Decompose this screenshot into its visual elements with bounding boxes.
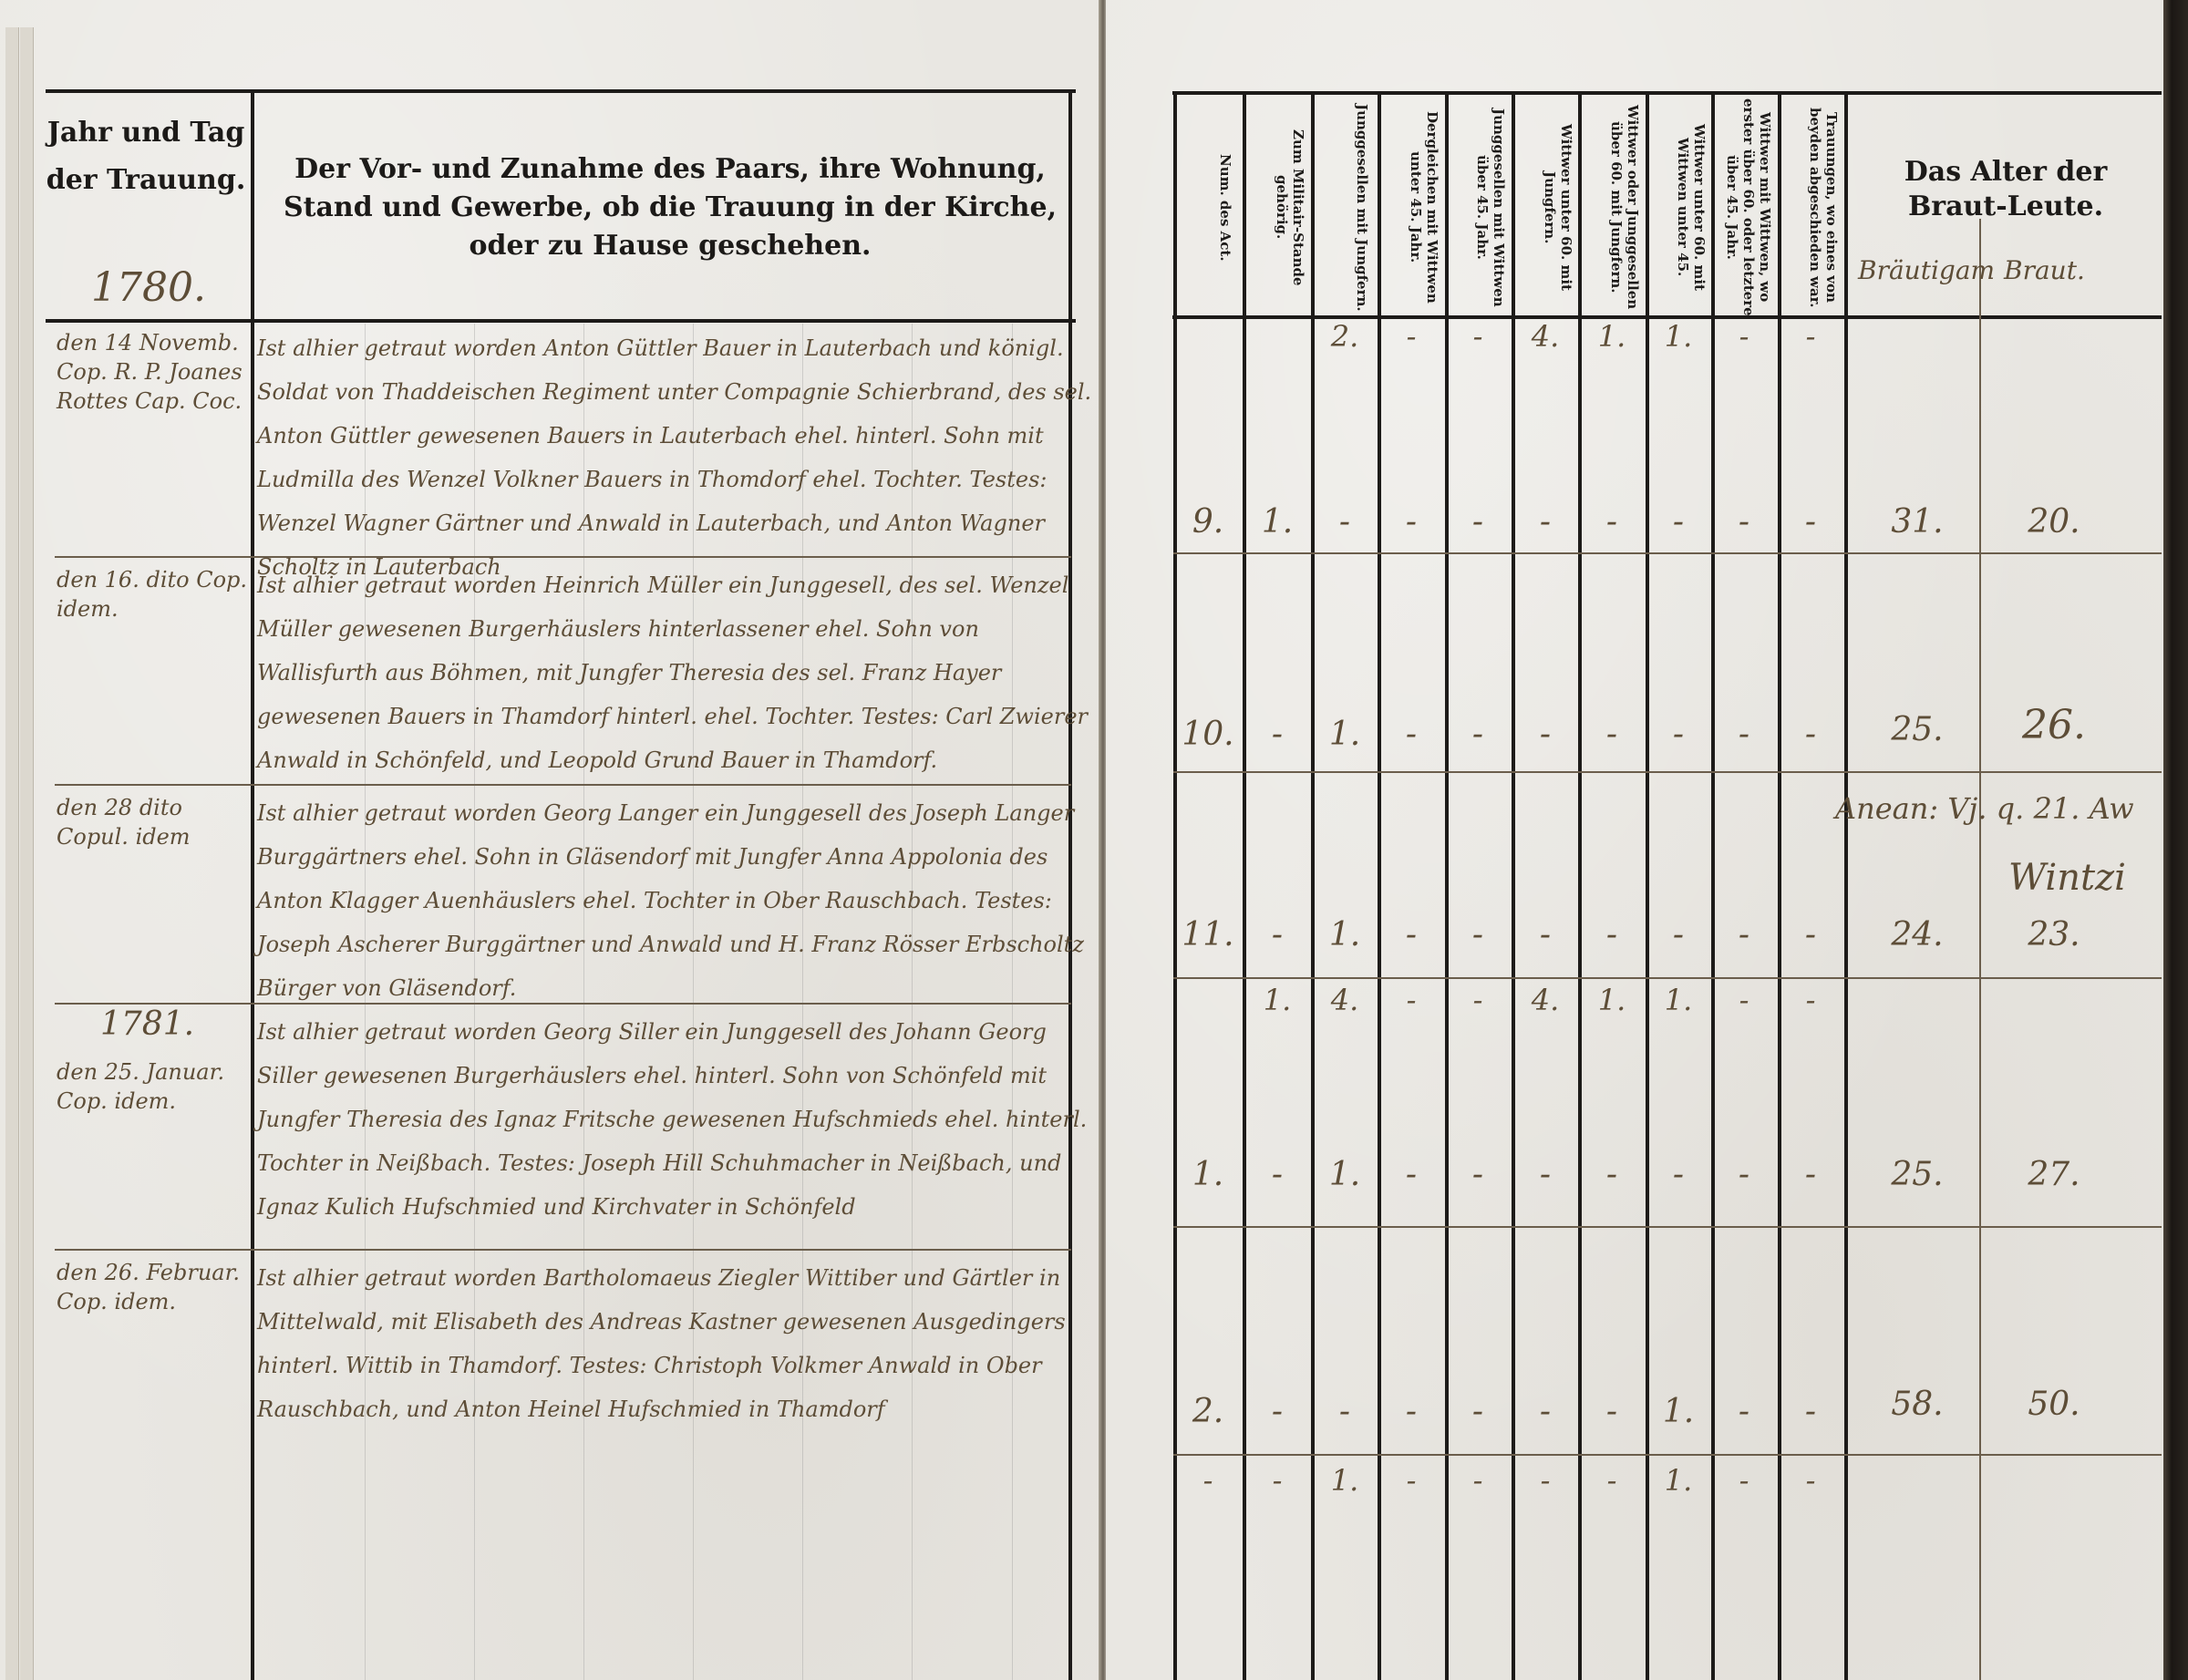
table-cell: - xyxy=(1717,1156,1771,1193)
table-cell: - xyxy=(1584,916,1639,953)
row-separator xyxy=(1173,1454,2162,1456)
subtotal-cell: - xyxy=(1783,983,1838,1017)
table-cell: - xyxy=(1783,916,1838,953)
table-cell: - xyxy=(1584,716,1639,753)
col-header-bachelor-maiden: Junggesellen mit Jungfern. xyxy=(1325,96,1370,319)
table-cell: - xyxy=(1384,716,1439,753)
year-label: 1780. xyxy=(91,264,206,311)
left-page: Jahr und Tag der Trauung. 1780. Der Vor-… xyxy=(0,0,1103,1680)
act-number: 11. xyxy=(1181,916,1235,953)
table-cell: - xyxy=(1717,1393,1771,1430)
subtotal-cell: - xyxy=(1384,983,1439,1017)
carry-cell: 4. xyxy=(1518,319,1573,354)
subtotal-cell: - xyxy=(1717,1463,1771,1498)
groom-subheader: Bräutigam xyxy=(1858,255,1995,285)
subtotal-cell: - xyxy=(1518,1463,1573,1498)
carry-cell: - xyxy=(1384,319,1439,354)
entry-text: Ist alhier getraut worden Georg Siller e… xyxy=(257,1010,1096,1229)
carry-cell: - xyxy=(1450,319,1505,354)
table-cell: - xyxy=(1384,503,1439,541)
page-edge xyxy=(20,27,34,1680)
table-cell: - xyxy=(1518,503,1573,541)
carry-cell: 1. xyxy=(1651,319,1706,354)
age-column-header: Das Alter der Braut-Leute. xyxy=(1851,155,2161,224)
row-separator xyxy=(1173,552,2162,554)
table-cell: - xyxy=(1518,716,1573,753)
entry-date: den 25. Januar. Cop. idem. xyxy=(57,1057,248,1116)
col-header-widow-under45: Dergleichen mit Wittwen unter 45. Jahr. xyxy=(1384,96,1440,319)
table-cell: - xyxy=(1783,1156,1838,1193)
column-rule xyxy=(1711,91,1715,1680)
carry-cell: 1. xyxy=(1584,319,1639,354)
signature: Wintzi xyxy=(2008,857,2126,899)
table-cell: 1. xyxy=(1317,916,1372,953)
table-cell: - xyxy=(1450,716,1505,753)
table-cell: - xyxy=(1450,1393,1505,1430)
bride-age: 50. xyxy=(2018,1386,2090,1423)
header-top-rule xyxy=(1172,91,2162,95)
right-page: Num. des Act. Zum Militair-Stande gehöri… xyxy=(1106,0,2163,1680)
groom-age: 25. xyxy=(1881,1156,1954,1193)
book-cover-edge xyxy=(2161,0,2188,1680)
act-number: 10. xyxy=(1181,716,1235,753)
subtotal-cell: - xyxy=(1181,1463,1235,1498)
table-cell: - xyxy=(1250,916,1305,953)
column-rule xyxy=(1311,91,1315,1680)
row-separator xyxy=(1173,977,2162,979)
entry-date: den 14 Novemb. Cop. R. P. Joanes Rottes … xyxy=(57,328,248,416)
table-cell: 1. xyxy=(1317,716,1372,753)
act-number: 2. xyxy=(1181,1393,1235,1430)
carry-cell: - xyxy=(1783,319,1838,354)
column-rule xyxy=(1844,91,1848,1680)
col-header-num: Num. des Act. xyxy=(1197,96,1233,319)
table-cell: 1. xyxy=(1651,1393,1706,1430)
table-cell: - xyxy=(1783,503,1838,541)
header-top-rule xyxy=(46,89,1076,93)
entry-date: den 16. dito Cop. idem. xyxy=(57,565,248,624)
table-cell: - xyxy=(1384,1156,1439,1193)
table-cell: - xyxy=(1651,503,1706,541)
table-cell: - xyxy=(1384,1393,1439,1430)
act-number: 1. xyxy=(1181,1156,1235,1193)
subtotal-cell: 1. xyxy=(1584,983,1639,1017)
subtotal-cell: 1. xyxy=(1317,1463,1372,1498)
column-rule xyxy=(1578,91,1582,1680)
table-cell: 1. xyxy=(1317,1156,1372,1193)
date-column-header: Jahr und Tag der Trauung. xyxy=(46,109,246,204)
table-cell: - xyxy=(1317,503,1372,541)
table-cell: - xyxy=(1584,1156,1639,1193)
entry-text: Ist alhier getraut worden Heinrich Mülle… xyxy=(257,563,1096,782)
column-rule xyxy=(1243,91,1246,1680)
col-header-military: Zum Militair-Stande gehörig. xyxy=(1252,96,1306,319)
page-edge xyxy=(5,27,19,1680)
col-header-widower-widow: Wittwer unter 60. mit Wittwen unter 45. xyxy=(1651,96,1708,319)
table-cell: - xyxy=(1651,1156,1706,1193)
remark-note: Anean: Vj. q. 21. Aw xyxy=(1835,791,2134,826)
entry-date: den 28 dito Copul. idem xyxy=(57,793,248,851)
column-rule xyxy=(1378,91,1381,1680)
subtotal-cell: 1. xyxy=(1651,983,1706,1017)
col-header-over60-maiden: Wittwer oder Junggesellen über 60. mit J… xyxy=(1584,96,1641,319)
col-header-divorced: Trauungen, wo eines von beyden abgeschie… xyxy=(1783,96,1840,319)
table-cell: - xyxy=(1450,1156,1505,1193)
table-cell: - xyxy=(1783,1393,1838,1430)
header-bottom-rule xyxy=(46,319,1076,323)
table-cell: - xyxy=(1717,503,1771,541)
col-header-widower-maiden: Wittwer unter 60. mit Jungfern. xyxy=(1518,96,1574,319)
table-cell: - xyxy=(1450,916,1505,953)
bride-subheader: Braut. xyxy=(2004,255,2085,285)
entry-separator xyxy=(55,784,1071,786)
bride-age: 26. xyxy=(2018,702,2090,748)
entry-text: Ist alhier getraut worden Bartholomaeus … xyxy=(257,1256,1096,1431)
table-cell: - xyxy=(1250,1156,1305,1193)
table-cell: - xyxy=(1651,716,1706,753)
table-cell: - xyxy=(1317,1393,1372,1430)
subtotal-cell: 1. xyxy=(1250,983,1305,1017)
subtotal-cell: 4. xyxy=(1317,983,1372,1017)
subtotal-cell: - xyxy=(1450,1463,1505,1498)
groom-age: 31. xyxy=(1881,503,1954,541)
bride-age: 23. xyxy=(2018,916,2090,953)
age-column-divider xyxy=(1979,219,1981,1680)
column-divider xyxy=(251,89,254,1680)
table-cell: - xyxy=(1384,916,1439,953)
subtotal-cell: 4. xyxy=(1518,983,1573,1017)
entry-text: Ist alhier getraut worden Georg Langer e… xyxy=(257,791,1096,1010)
column-rule xyxy=(1646,91,1649,1680)
table-cell: - xyxy=(1783,716,1838,753)
table-cell: - xyxy=(1518,1156,1573,1193)
subtotal-cell: 1. xyxy=(1651,1463,1706,1498)
names-column-header: Der Vor- und Zunahme des Paars, ihre Woh… xyxy=(264,150,1076,265)
groom-age: 58. xyxy=(1881,1386,1954,1423)
bride-age: 27. xyxy=(2018,1156,2090,1193)
groom-age: 25. xyxy=(1881,711,1954,748)
col-header-widow-over60: Wittwer mit Wittwen, wo erster über 60. … xyxy=(1717,96,1773,319)
bride-age: 20. xyxy=(2018,503,2090,541)
table-cell: - xyxy=(1717,716,1771,753)
column-rule xyxy=(1778,91,1781,1680)
col-header-widow-over45: Junggesellen mit Wittwen über 45. Jahr. xyxy=(1450,96,1507,319)
column-rule xyxy=(1445,91,1449,1680)
table-cell: - xyxy=(1250,1393,1305,1430)
table-cell: 1. xyxy=(1250,503,1305,541)
subtotal-cell: - xyxy=(1717,983,1771,1017)
subtotal-cell: - xyxy=(1250,1463,1305,1498)
act-number: 9. xyxy=(1181,503,1235,541)
subtotal-cell: - xyxy=(1384,1463,1439,1498)
column-rule xyxy=(1512,91,1515,1680)
table-cell: - xyxy=(1584,503,1639,541)
column-rule xyxy=(1173,91,1177,1680)
subtotal-cell: - xyxy=(1584,1463,1639,1498)
subtotal-cell: - xyxy=(1783,1463,1838,1498)
carry-cell: 2. xyxy=(1317,319,1372,354)
entry-separator xyxy=(55,1249,1071,1251)
groom-age: 24. xyxy=(1881,916,1954,953)
table-cell: - xyxy=(1717,916,1771,953)
table-cell: - xyxy=(1450,503,1505,541)
entry-date: den 26. Februar. Cop. idem. xyxy=(57,1258,248,1316)
table-cell: - xyxy=(1651,916,1706,953)
table-cell: - xyxy=(1518,1393,1573,1430)
carry-cell: - xyxy=(1717,319,1771,354)
entry-text: Ist alhier getraut worden Anton Güttler … xyxy=(257,326,1096,589)
subtotal-cell: - xyxy=(1450,983,1505,1017)
table-cell: - xyxy=(1584,1393,1639,1430)
row-separator xyxy=(1173,1226,2162,1228)
table-cell: - xyxy=(1250,716,1305,753)
table-cell: - xyxy=(1518,916,1573,953)
row-separator xyxy=(1173,771,2162,773)
